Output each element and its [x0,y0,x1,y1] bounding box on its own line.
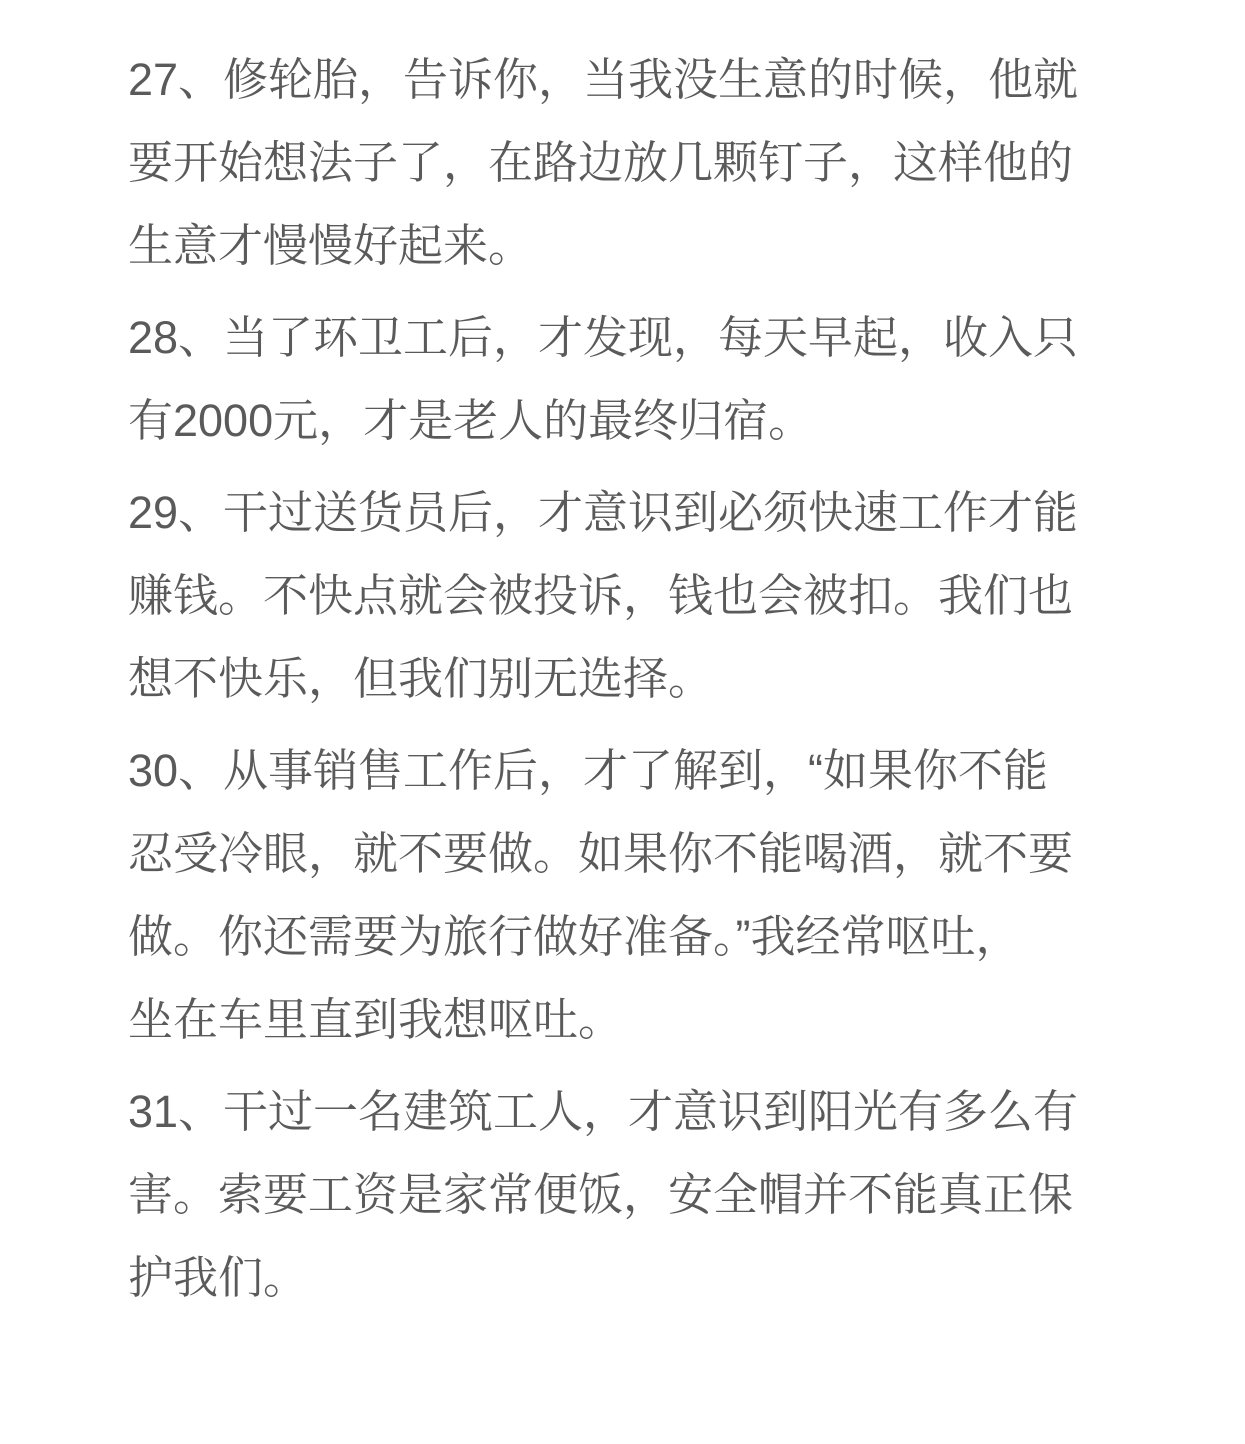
list-item-29: 29、干过送货员后，才意识到必须快速工作才能赚钱。不快点就会被投诉，钱也会被扣。… [128,471,1245,720]
list-item-31: 31、干过一名建筑工人，才意识到阳光有多么有害。索要工资是家常便饭，安全帽并不能… [128,1070,1245,1319]
text-line: 生意才慢慢好起来。 [128,204,1245,287]
document-page: 27、修轮胎，告诉你，当我没生意的时候，他就要开始想法子了，在路边放几颗钉子，这… [0,0,1245,1444]
text-line: 赚钱。不快点就会被投诉，钱也会被扣。我们也 [128,554,1245,637]
list-item-27: 27、修轮胎，告诉你，当我没生意的时候，他就要开始想法子了，在路边放几颗钉子，这… [128,38,1245,287]
list-item-28: 28、当了环卫工后，才发现，每天早起，收入只有2000元，才是老人的最终归宿。 [128,296,1245,462]
text-line: 31、干过一名建筑工人，才意识到阳光有多么有 [128,1070,1245,1153]
list-item-30: 30、从事销售工作后，才了解到，“如果你不能忍受冷眼，就不要做。如果你不能喝酒，… [128,729,1245,1061]
text-line: 害。索要工资是家常便饭，安全帽并不能真正保 [128,1153,1245,1236]
text-line: 27、修轮胎，告诉你，当我没生意的时候，他就 [128,38,1245,121]
text-line: 29、干过送货员后，才意识到必须快速工作才能 [128,471,1245,554]
text-line: 做。你还需要为旅行做好准备。”我经常呕吐， [128,895,1245,978]
text-line: 30、从事销售工作后，才了解到，“如果你不能 [128,729,1245,812]
text-line: 28、当了环卫工后，才发现，每天早起，收入只 [128,296,1245,379]
text-line: 有2000元，才是老人的最终归宿。 [128,379,1245,462]
text-line: 忍受冷眼，就不要做。如果你不能喝酒，就不要 [128,812,1245,895]
text-line: 坐在车里直到我想呕吐。 [128,978,1245,1061]
text-line: 想不快乐，但我们别无选择。 [128,637,1245,720]
text-line: 护我们。 [128,1236,1245,1319]
text-line: 要开始想法子了，在路边放几颗钉子，这样他的 [128,121,1245,204]
